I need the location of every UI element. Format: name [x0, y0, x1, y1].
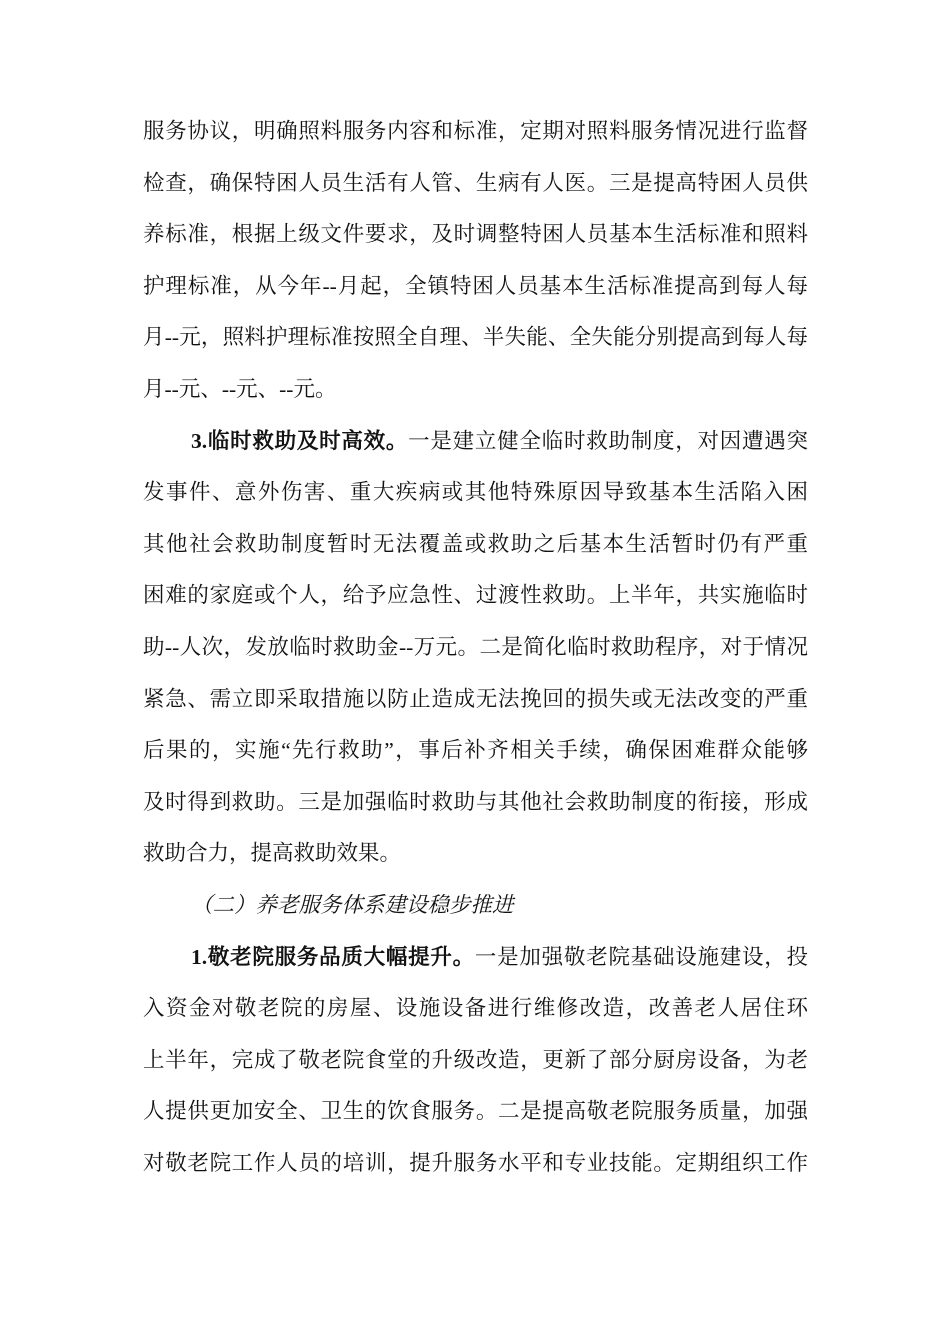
section-heading-run: （二）养老服务体系建设稳步推进	[191, 893, 514, 917]
numbered-subheading-run: 1.敬老院服务品质大幅提升。	[191, 945, 475, 969]
text-line: 服务协议，明确照料服务内容和标准，定期对照料服务情况进行监督	[143, 106, 808, 158]
body-text-run: 其他社会救助制度暂时无法覆盖或救助之后基本生活暂时仍有严重	[143, 532, 808, 556]
body-text-run: 对敬老院工作人员的培训，提升服务水平和专业技能。定期组织工作	[143, 1151, 808, 1175]
body-text-run: 人提供更加安全、卫生的饮食服务。二是提高敬老院服务质量，加强	[143, 1099, 808, 1123]
text-line: 入资金对敬老院的房屋、设施设备进行维修改造，改善老人居住环境。	[143, 983, 808, 1035]
text-line: 上半年，完成了敬老院食堂的升级改造，更新了部分厨房设备，为老	[143, 1035, 808, 1087]
text-line: 及时得到救助。三是加强临时救助与其他社会救助制度的衔接，形成	[143, 777, 808, 829]
body-text-run: 紧急、需立即采取措施以防止造成无法挽回的损失或无法改变的严重	[143, 687, 808, 711]
body-text-run: 上半年，完成了敬老院食堂的升级改造，更新了部分厨房设备，为老	[143, 1048, 808, 1072]
body-text-run: 发事件、意外伤害、重大疾病或其他特殊原因导致基本生活陷入困境，	[143, 480, 808, 519]
document-page: 服务协议，明确照料服务内容和标准，定期对照料服务情况进行监督 检查，确保特困人员…	[0, 0, 950, 1344]
text-line: 发事件、意外伤害、重大疾病或其他特殊原因导致基本生活陷入困境，	[143, 467, 808, 519]
body-text-run: 服务协议，明确照料服务内容和标准，定期对照料服务情况进行监督	[143, 119, 808, 143]
body-text-run: 及时得到救助。三是加强临时救助与其他社会救助制度的衔接，形成	[143, 790, 808, 814]
body-text-run: 月--元，照料护理标准按照全自理、半失能、全失能分别提高到每人每	[143, 325, 808, 349]
body-text-run: 养标准，根据上级文件要求，及时调整特困人员基本生活标准和照料	[143, 222, 808, 246]
text-line-paragraph-end: 月--元、--元、--元。	[143, 364, 808, 416]
text-line: 月--元，照料护理标准按照全自理、半失能、全失能分别提高到每人每	[143, 312, 808, 364]
text-line-paragraph-start: 3.临时救助及时高效。一是建立健全临时救助制度，对因遭遇突	[143, 416, 808, 468]
text-line: 对敬老院工作人员的培训，提升服务水平和专业技能。定期组织工作	[143, 1138, 808, 1190]
body-text-run: 检查，确保特困人员生活有人管、生病有人医。三是提高特困人员供	[143, 171, 808, 195]
text-line: 养标准，根据上级文件要求，及时调整特困人员基本生活标准和照料	[143, 209, 808, 261]
body-text-run: 一是建立健全临时救助制度，对因遭遇突	[408, 429, 808, 453]
text-line-paragraph-end: 救助合力，提高救助效果。	[143, 828, 808, 880]
body-text-run: 一是加强敬老院基础设施建设，投	[475, 945, 808, 969]
text-line: 人提供更加安全、卫生的饮食服务。二是提高敬老院服务质量，加强	[143, 1086, 808, 1138]
numbered-subheading-run: 3.临时救助及时高效。	[191, 429, 408, 453]
body-text-run: 困难的家庭或个人，给予应急性、过渡性救助。上半年，共实施临时救	[143, 583, 808, 622]
body-text-run: 护理标准，从今年--月起，全镇特困人员基本生活标准提高到每人每	[143, 274, 808, 298]
body-text-run: 助--人次，发放临时救助金--万元。二是简化临时救助程序，对于情况	[143, 635, 808, 659]
section-heading-line: （二）养老服务体系建设稳步推进	[143, 880, 808, 932]
body-text-run: 后果的，实施“先行救助”，事后补齐相关手续，确保困难群众能够	[143, 738, 808, 762]
text-line: 护理标准，从今年--月起，全镇特困人员基本生活标准提高到每人每	[143, 261, 808, 313]
text-line: 检查，确保特困人员生活有人管、生病有人医。三是提高特困人员供	[143, 158, 808, 210]
text-line: 其他社会救助制度暂时无法覆盖或救助之后基本生活暂时仍有严重	[143, 519, 808, 571]
text-line: 紧急、需立即采取措施以防止造成无法挽回的损失或无法改变的严重	[143, 674, 808, 726]
text-line-paragraph-start: 1.敬老院服务品质大幅提升。一是加强敬老院基础设施建设，投	[143, 932, 808, 984]
body-text-run: 入资金对敬老院的房屋、设施设备进行维修改造，改善老人居住环境。	[143, 996, 808, 1035]
body-text-run: 救助合力，提高救助效果。	[143, 841, 401, 865]
text-line: 助--人次，发放临时救助金--万元。二是简化临时救助程序，对于情况	[143, 622, 808, 674]
text-line: 困难的家庭或个人，给予应急性、过渡性救助。上半年，共实施临时救	[143, 570, 808, 622]
text-line: 后果的，实施“先行救助”，事后补齐相关手续，确保困难群众能够	[143, 725, 808, 777]
body-text-run: 月--元、--元、--元。	[143, 377, 336, 401]
